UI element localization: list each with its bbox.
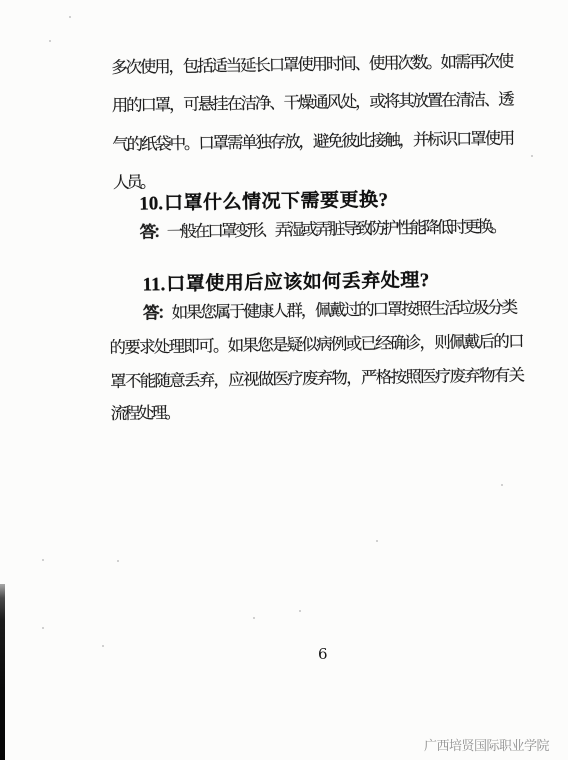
question-11-text: 口罩使用后应该如何丢弃处理?: [166, 270, 430, 295]
scan-speck: [42, 559, 44, 561]
paragraph-line: 气的纸袋中。口罩需单独存放，避免彼此接触，并标识口罩使用: [112, 128, 512, 156]
question-10-text: 口罩什么情况下需要更换?: [164, 190, 389, 215]
question-10-heading: 10.口罩什么情况下需要更换?: [139, 189, 389, 216]
paragraph-line: 用的口罩，可悬挂在洁净、干燥通风处，或将其放置在清洁、透: [112, 89, 512, 117]
paragraph-line: 人员。: [113, 171, 154, 194]
scan-speck: [531, 155, 533, 157]
scan-speck: [49, 40, 51, 42]
scan-speck: [69, 16, 71, 18]
scanned-document-page: 多次使用，包括适当延长口罩使用时间、使用次数。如需再次使 用的口罩，可悬挂在洁净…: [0, 0, 568, 760]
scan-edge-artifact: [0, 584, 5, 760]
answer-11-line: 流程处理。: [110, 402, 178, 425]
question-11-number: 11.: [142, 274, 166, 295]
footer-watermark: 广西培贤国际职业学院: [424, 735, 549, 754]
scan-speck: [501, 484, 503, 486]
scan-speck: [117, 560, 119, 562]
answer-11-line: 罩不能随意丢弃，应视做医疗废弃物，严格按照医疗废弃物有关: [110, 365, 522, 393]
answer-10-text: 一般在口罩变形、弄湿或弄脏导致防护性能降低时更换。: [167, 217, 505, 241]
question-10-number: 10.: [139, 193, 164, 214]
answer-11-label: 答：: [143, 303, 172, 322]
scan-speck: [102, 645, 104, 647]
scan-speck: [42, 627, 44, 629]
scan-speck: [376, 540, 378, 542]
page-number: 6: [318, 645, 328, 663]
question-11-heading: 11.口罩使用后应该如何丢弃处理?: [142, 269, 430, 297]
answer-11-line: 的要求处理即可。如果您是疑似病例或已经确诊，则佩戴后的口: [109, 331, 521, 359]
scan-speck: [299, 610, 301, 612]
answer-10-line: 答：一般在口罩变形、弄湿或弄脏导致防护性能降低时更换。: [140, 216, 505, 244]
answer-10-label: 答：: [140, 222, 167, 241]
paragraph-line: 多次使用，包括适当延长口罩使用时间、使用次数。如需再次使: [111, 51, 511, 79]
answer-11-text: 如果您属于健康人群，佩戴过的口罩按照生活垃圾分类: [172, 298, 516, 322]
scan-speck: [253, 617, 255, 619]
document-text-block: 多次使用，包括适当延长口罩使用时间、使用次数。如需再次使 用的口罩，可悬挂在洁净…: [111, 51, 511, 57]
answer-11-line: 答：如果您属于健康人群，佩戴过的口罩按照生活垃圾分类: [143, 297, 515, 325]
